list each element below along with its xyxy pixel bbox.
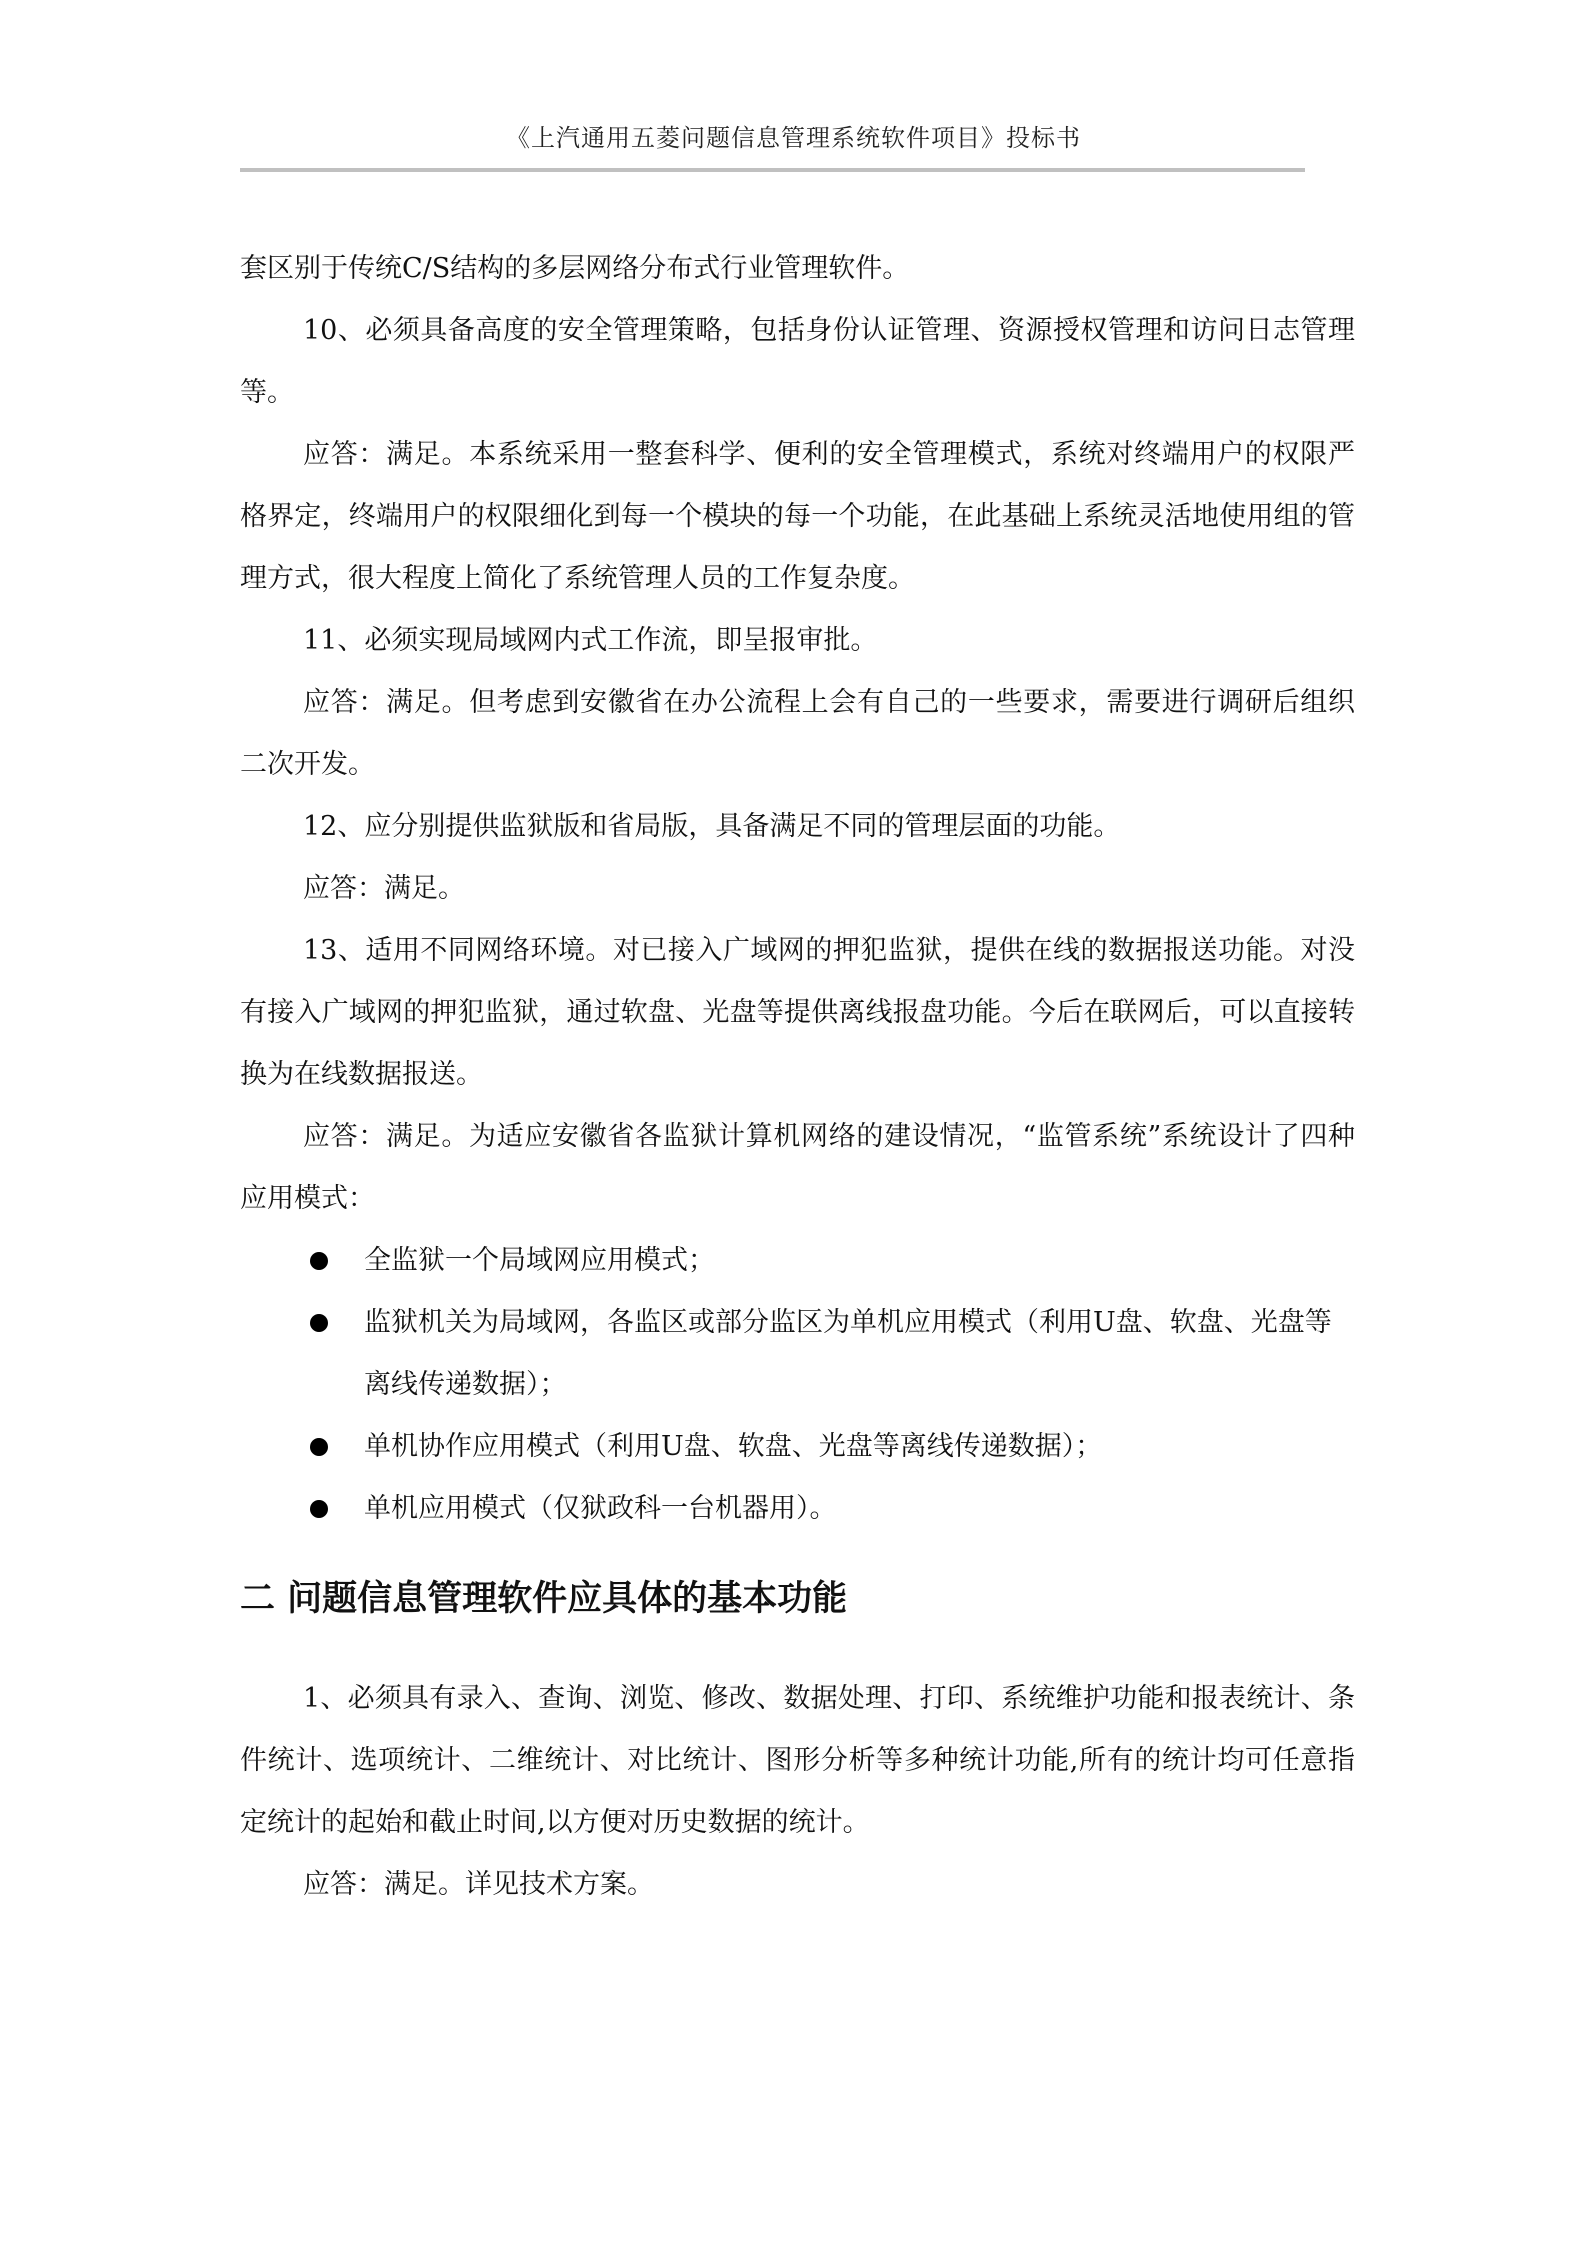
- list-item: 单机应用模式（仅狱政科一台机器用）。: [240, 1478, 1355, 1540]
- bullet-icon: [310, 1500, 328, 1518]
- list-item-text: 单机应用模式（仅狱政科一台机器用）。: [364, 1493, 837, 1524]
- response-basic-1: 应答：满足。详见技术方案。: [240, 1854, 1355, 1916]
- requirement-10: 10、必须具备高度的安全管理策略，包括身份认证管理、资源授权管理和访问日志管理等…: [240, 300, 1355, 424]
- page-header-title: 《上汽通用五菱问题信息管理系统软件项目》投标书: [0, 118, 1587, 153]
- list-item: 监狱机关为局域网，各监区或部分监区为单机应用模式（利用U盘、软盘、光盘等离线传递…: [240, 1292, 1355, 1416]
- list-item-text: 全监狱一个局域网应用模式；: [364, 1245, 715, 1276]
- requirement-13: 13、适用不同网络环境。对已接入广域网的押犯监狱，提供在线的数据报送功能。对没有…: [240, 920, 1355, 1106]
- list-item-text: 监狱机关为局域网，各监区或部分监区为单机应用模式（利用U盘、软盘、光盘等离线传递…: [364, 1307, 1332, 1400]
- response-12: 应答：满足。: [240, 858, 1355, 920]
- list-item-text: 单机协作应用模式（利用U盘、软盘、光盘等离线传递数据）；: [364, 1431, 1102, 1462]
- application-modes-list: 全监狱一个局域网应用模式； 监狱机关为局域网，各监区或部分监区为单机应用模式（利…: [240, 1230, 1355, 1540]
- bullet-icon: [310, 1438, 328, 1456]
- bullet-icon: [310, 1252, 328, 1270]
- requirement-basic-1: 1、必须具有录入、查询、浏览、修改、数据处理、打印、系统维护功能和报表统计、条件…: [240, 1668, 1355, 1854]
- document-body: 套区别于传统C/S结构的多层网络分布式行业管理软件。 10、必须具备高度的安全管…: [240, 238, 1355, 1916]
- response-10: 应答：满足。本系统采用一整套科学、便利的安全管理模式，系统对终端用户的权限严格界…: [240, 424, 1355, 610]
- bullet-icon: [310, 1314, 328, 1332]
- requirement-12: 12、应分别提供监狱版和省局版，具备满足不同的管理层面的功能。: [240, 796, 1355, 858]
- response-11: 应答：满足。但考虑到安徽省在办公流程上会有自己的一些要求，需要进行调研后组织二次…: [240, 672, 1355, 796]
- section-heading: 二 问题信息管理软件应具体的基本功能: [240, 1568, 1355, 1630]
- header-divider: [240, 168, 1305, 172]
- requirement-11: 11、必须实现局域网内式工作流，即呈报审批。: [240, 610, 1355, 672]
- list-item: 单机协作应用模式（利用U盘、软盘、光盘等离线传递数据）；: [240, 1416, 1355, 1478]
- list-item: 全监狱一个局域网应用模式；: [240, 1230, 1355, 1292]
- paragraph-continuation: 套区别于传统C/S结构的多层网络分布式行业管理软件。: [240, 238, 1355, 300]
- response-13: 应答：满足。为适应安徽省各监狱计算机网络的建设情况，“监管系统”系统设计了四种应…: [240, 1106, 1355, 1230]
